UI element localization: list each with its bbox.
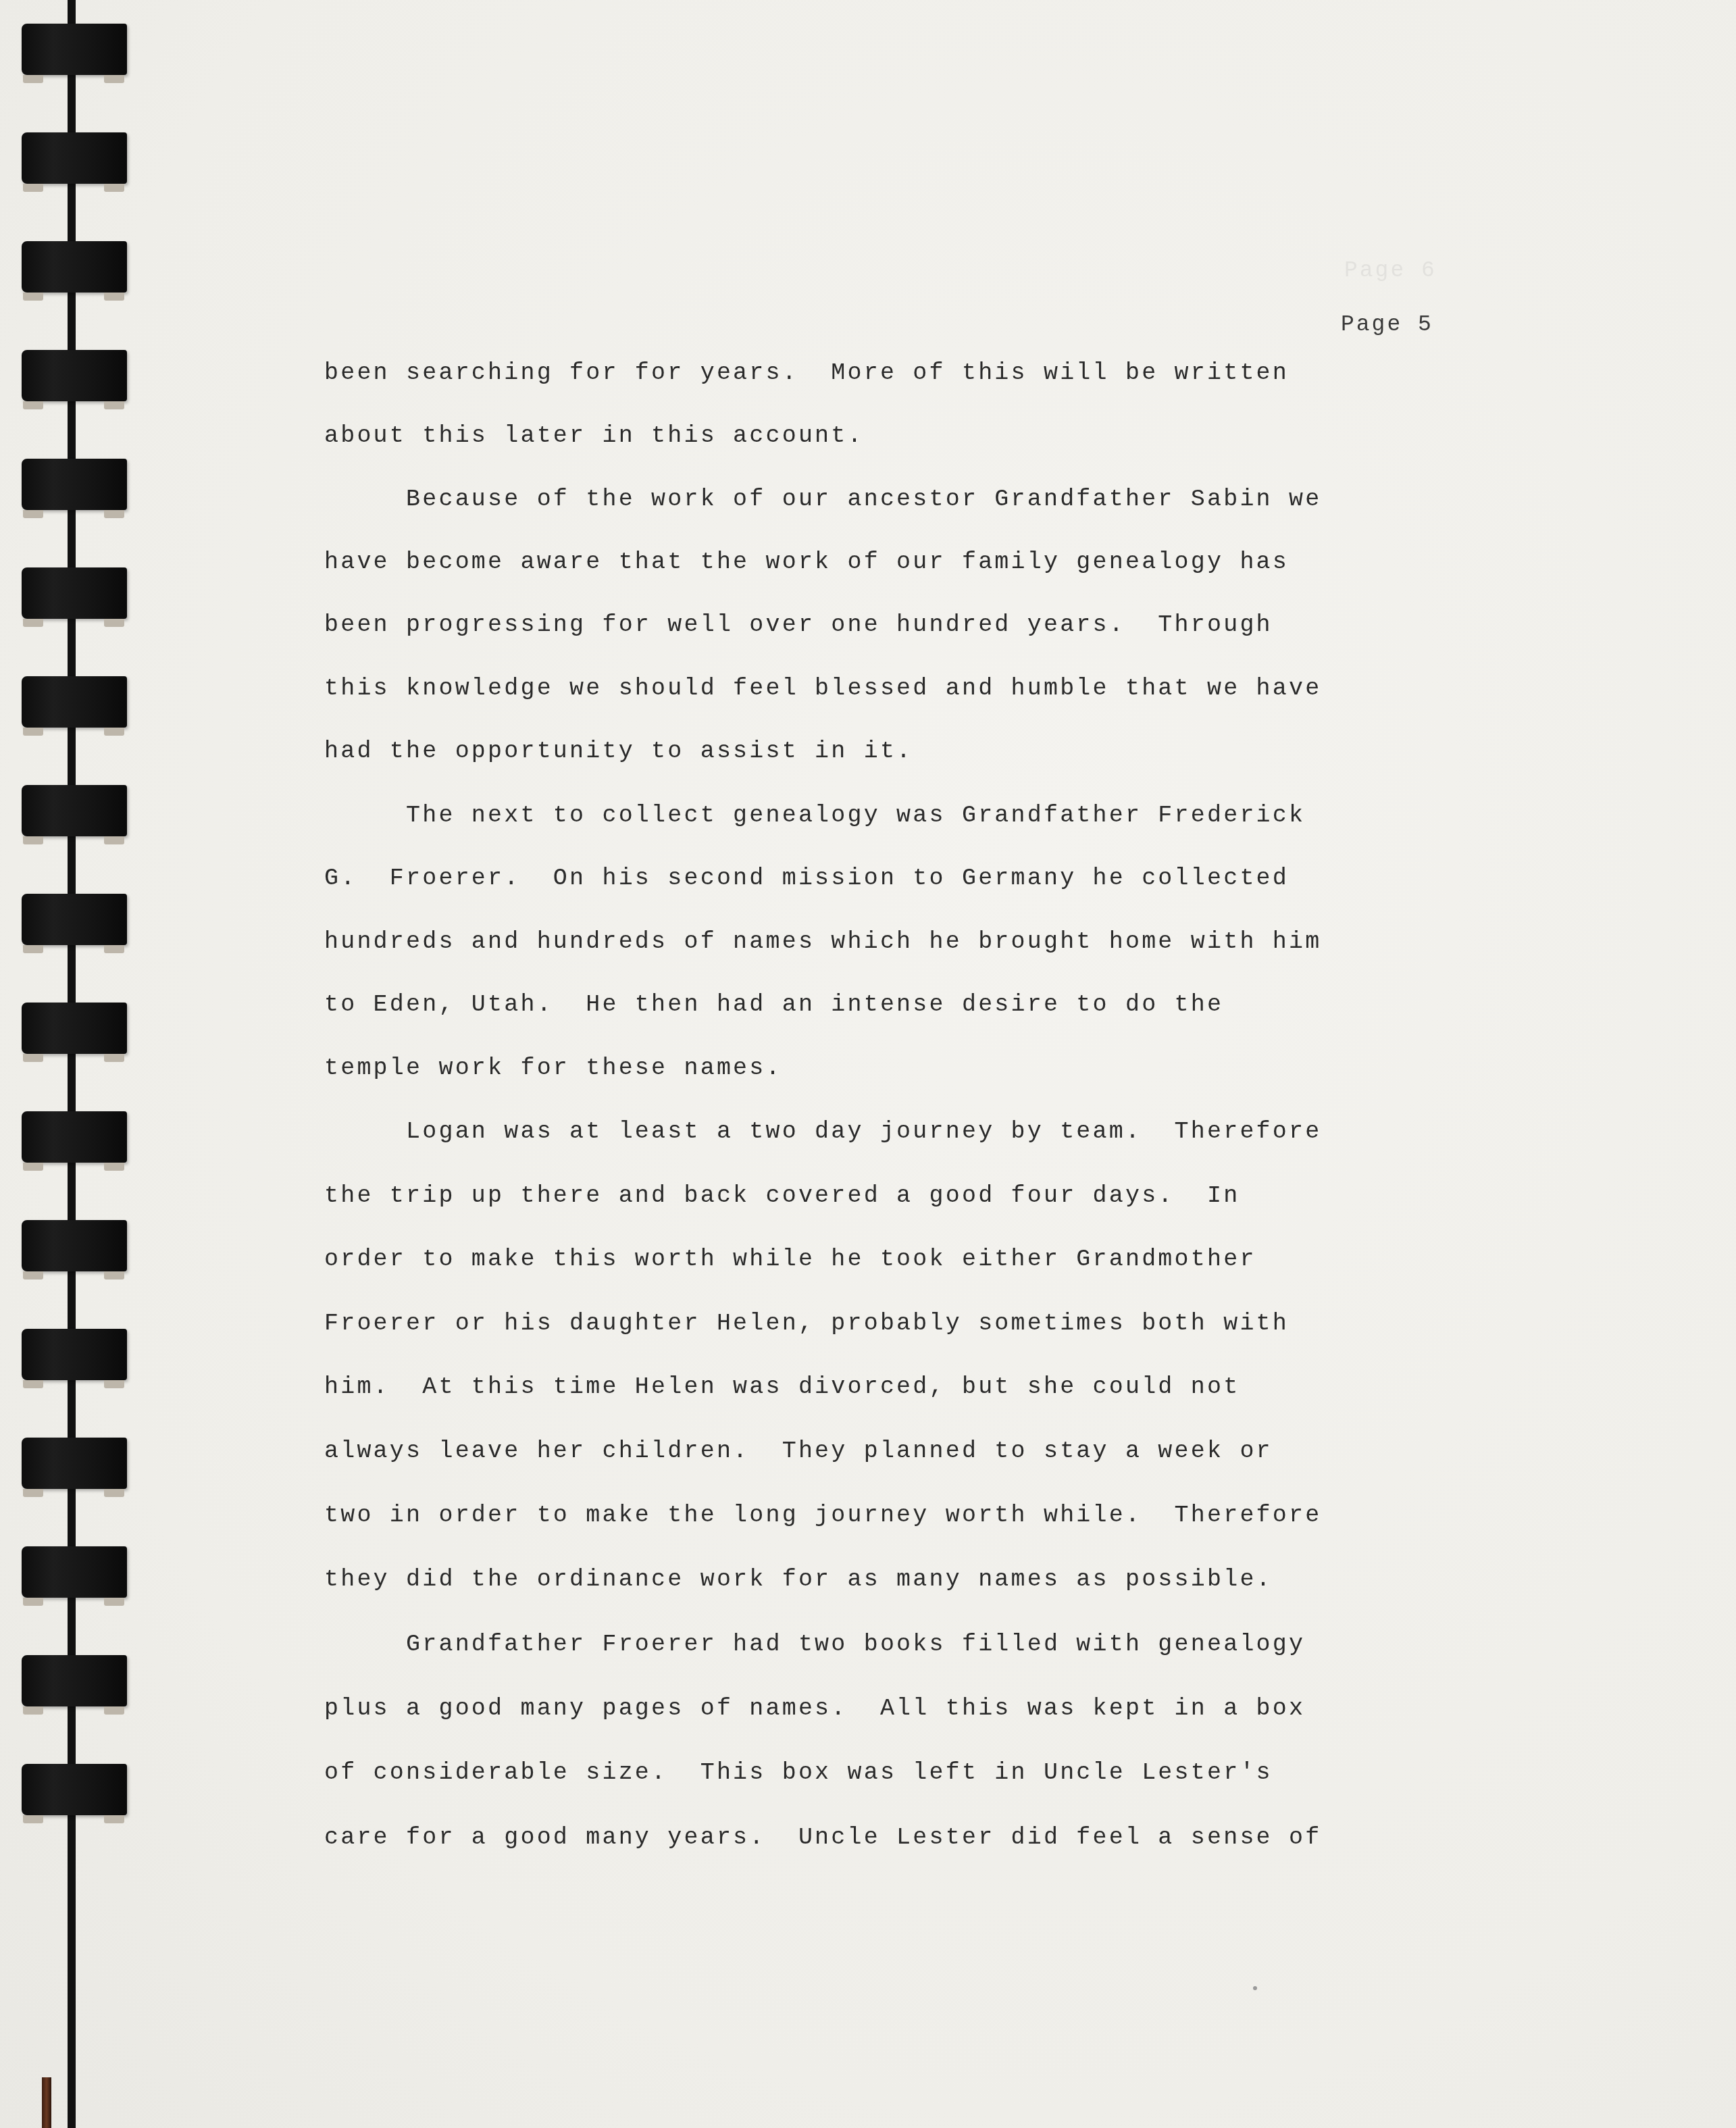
binding-coil [22,676,127,728]
binding-coil [22,1655,127,1706]
text-line: been searching for for years. More of th… [324,361,1289,385]
binding-coil [22,350,127,401]
binding-coil [22,1003,127,1054]
binding-coil [22,785,127,836]
text-line: about this later in this account. [324,424,864,448]
binding-coil [22,241,127,293]
text-line: two in order to make the long journey wo… [324,1504,1321,1527]
text-line: have become aware that the work of our f… [324,551,1289,574]
binding-coil [22,132,127,184]
text-line: hundreds and hundreds of names which he … [324,930,1321,954]
binding-coil [22,1220,127,1271]
binding-coil [22,894,127,945]
text-line: order to make this worth while he took e… [324,1248,1256,1271]
text-line: always leave her children. They planned … [324,1440,1273,1463]
document-page: Page 6 Page 5 been searching for for yea… [0,0,1736,2128]
text-line: of considerable size. This box was left … [324,1761,1273,1785]
text-line: they did the ordinance work for as many … [324,1568,1273,1592]
binding-spine-tail [42,2077,51,2128]
binding-coil [22,1111,127,1163]
binding-coil [22,24,127,75]
text-line: care for a good many years. Uncle Lester… [324,1826,1321,1850]
text-line: to Eden, Utah. He then had an intense de… [324,993,1223,1017]
text-line: Grandfather Froerer had two books filled… [324,1633,1305,1656]
text-line: this knowledge we should feel blessed an… [324,677,1321,701]
bleed-through-page-number: Page 6 [1344,258,1437,283]
text-line: had the opportunity to assist in it. [324,740,913,763]
binding-coil [22,1329,127,1380]
text-line: Because of the work of our ancestor Gran… [324,488,1321,511]
text-line: The next to collect genealogy was Grandf… [324,804,1305,828]
text-line: him. At this time Helen was divorced, bu… [324,1375,1240,1399]
paper-speck [1253,1986,1257,1990]
binding-coil [22,459,127,510]
page-number: Page 5 [1341,312,1433,337]
binding-coil [22,1764,127,1815]
text-line: Froerer or his daughter Helen, probably … [324,1312,1289,1336]
binding-coil [22,567,127,619]
spiral-binding [0,0,135,2128]
text-line: the trip up there and back covered a goo… [324,1184,1240,1208]
text-line: G. Froerer. On his second mission to Ger… [324,867,1289,890]
binding-coil [22,1546,127,1598]
text-line: been progressing for well over one hundr… [324,613,1273,637]
binding-coil [22,1438,127,1489]
text-line: plus a good many pages of names. All thi… [324,1697,1305,1721]
text-line: Logan was at least a two day journey by … [324,1120,1321,1144]
text-line: temple work for these names. [324,1057,782,1080]
